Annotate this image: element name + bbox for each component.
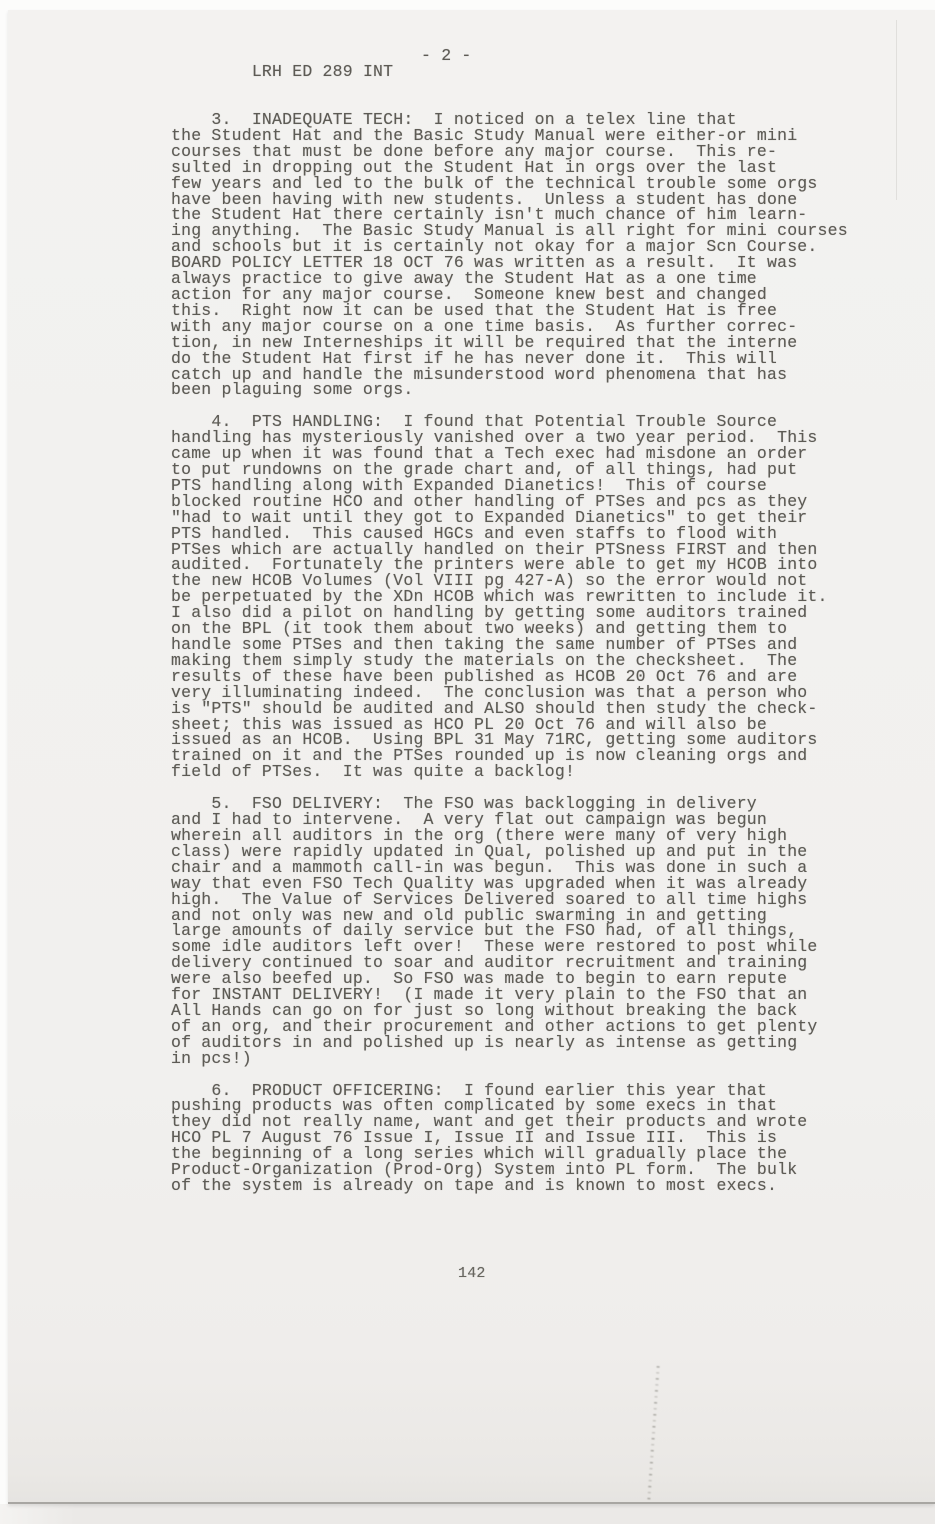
typewritten-content: LRH ED 289 INT - 2 - 3. INADEQUATE TECH:… <box>171 48 871 1282</box>
paper-fold-line <box>896 20 897 200</box>
document-page: LRH ED 289 INT - 2 - 3. INADEQUATE TECH:… <box>8 10 935 1504</box>
paragraph-inadequate-tech: 3. INADEQUATE TECH: I noticed on a telex… <box>171 112 871 398</box>
scanned-document: LRH ED 289 INT - 2 - 3. INADEQUATE TECH:… <box>0 0 935 1524</box>
paper-bottom-shadow-strip <box>0 1504 935 1524</box>
page-number: 142 <box>458 1265 486 1282</box>
scan-smudge-mark <box>647 1366 659 1500</box>
document-id: LRH ED 289 INT <box>252 62 393 81</box>
page-header: LRH ED 289 INT - 2 - <box>171 48 871 64</box>
page-footer: 142 <box>171 1266 871 1282</box>
page-marker: - 2 - <box>421 48 472 64</box>
paragraph-pts-handling: 4. PTS HANDLING: I found that Potential … <box>171 414 871 780</box>
paragraph-fso-delivery: 5. FSO DELIVERY: The FSO was backlogging… <box>171 796 871 1066</box>
paragraph-product-officering: 6. PRODUCT OFFICERING: I found earlier t… <box>171 1083 871 1194</box>
